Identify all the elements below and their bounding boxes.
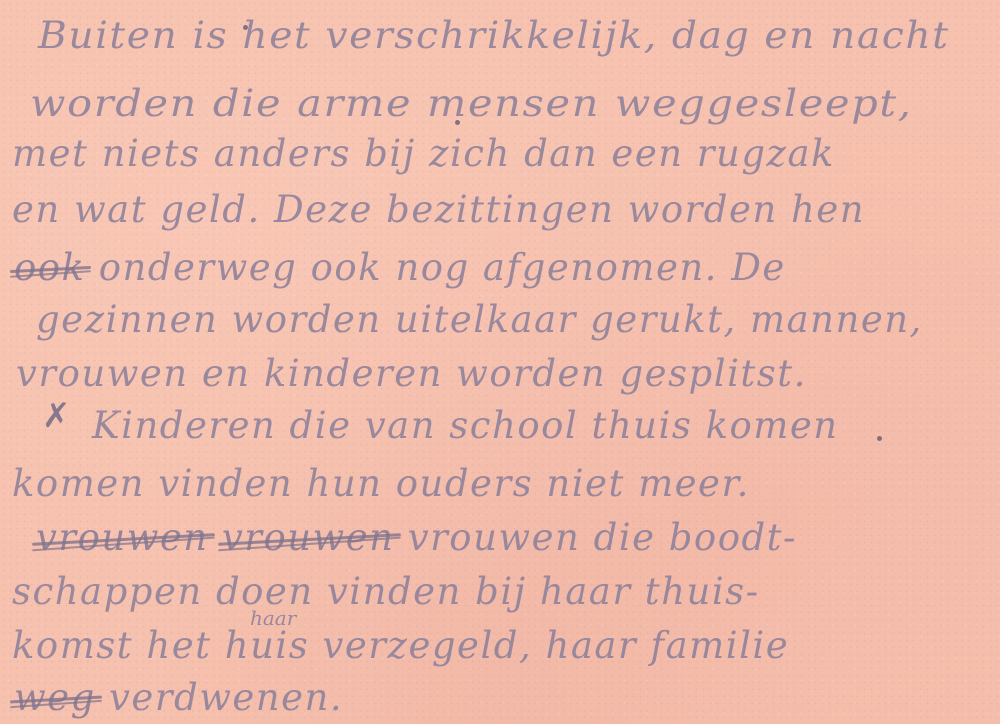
letter-line-12: komst het huis verzegeld, haar familie bbox=[12, 624, 789, 667]
pencil-dot bbox=[243, 25, 248, 30]
margin-cross-mark-icon: ✗ bbox=[42, 396, 71, 436]
letter-line-5: ook onderweg ook nog afgenomen. De bbox=[14, 246, 786, 289]
struck-word: ook bbox=[14, 246, 85, 289]
letter-line-10: vrouwen vrouwen vrouwen die boodt- bbox=[36, 516, 797, 559]
line-text: onderweg ook nog afgenomen. De bbox=[85, 246, 785, 289]
letter-line-2: worden die arme mensen weggesleept, bbox=[30, 82, 913, 125]
letter-line-8: Kinderen die van school thuis komen bbox=[92, 404, 839, 447]
letter-line-3: met niets anders bij zich dan een rugzak bbox=[12, 132, 835, 175]
letter-line-13: weg verdwenen. bbox=[14, 676, 343, 719]
line-text: met niets anders bij zich dan een rugzak bbox=[12, 132, 835, 175]
line-text: komst het huis verzegeld, haar familie bbox=[12, 624, 789, 667]
letter-line-6: gezinnen worden uitelkaar gerukt, mannen… bbox=[36, 298, 923, 341]
line-text: schappen doen vinden bij haar thuis- bbox=[12, 570, 760, 613]
struck-word: vrouwen bbox=[36, 516, 209, 559]
line-text: komen vinden hun ouders niet meer. bbox=[12, 462, 750, 505]
line-text: verdwenen. bbox=[96, 676, 343, 719]
line-text: vrouwen die boodt- bbox=[394, 516, 797, 559]
letter-line-1: Buiten is het verschrikkelijk, dag en na… bbox=[38, 14, 950, 57]
letter-line-7: vrouwen en kinderen worden gesplitst. bbox=[16, 352, 807, 395]
struck-word: weg bbox=[14, 676, 96, 719]
letter-line-11: schappen doen vinden bij haar thuis- bbox=[12, 570, 760, 613]
line-text: Buiten is het verschrikkelijk, dag en na… bbox=[38, 14, 950, 57]
letter-line-4: en wat geld. Deze bezittingen worden hen bbox=[12, 188, 865, 231]
line-text: gezinnen worden uitelkaar gerukt, mannen… bbox=[36, 298, 923, 341]
letter-line-9: komen vinden hun ouders niet meer. bbox=[12, 462, 750, 505]
line-text: en wat geld. Deze bezittingen worden hen bbox=[12, 188, 865, 231]
line-text: Kinderen die van school thuis komen bbox=[92, 404, 839, 447]
pencil-dot bbox=[455, 120, 460, 125]
line-text: worden die arme mensen weggesleept, bbox=[30, 82, 913, 125]
pencil-dot bbox=[877, 436, 882, 441]
struck-word: vrouwen bbox=[222, 516, 395, 559]
line-text: vrouwen en kinderen worden gesplitst. bbox=[16, 352, 807, 395]
